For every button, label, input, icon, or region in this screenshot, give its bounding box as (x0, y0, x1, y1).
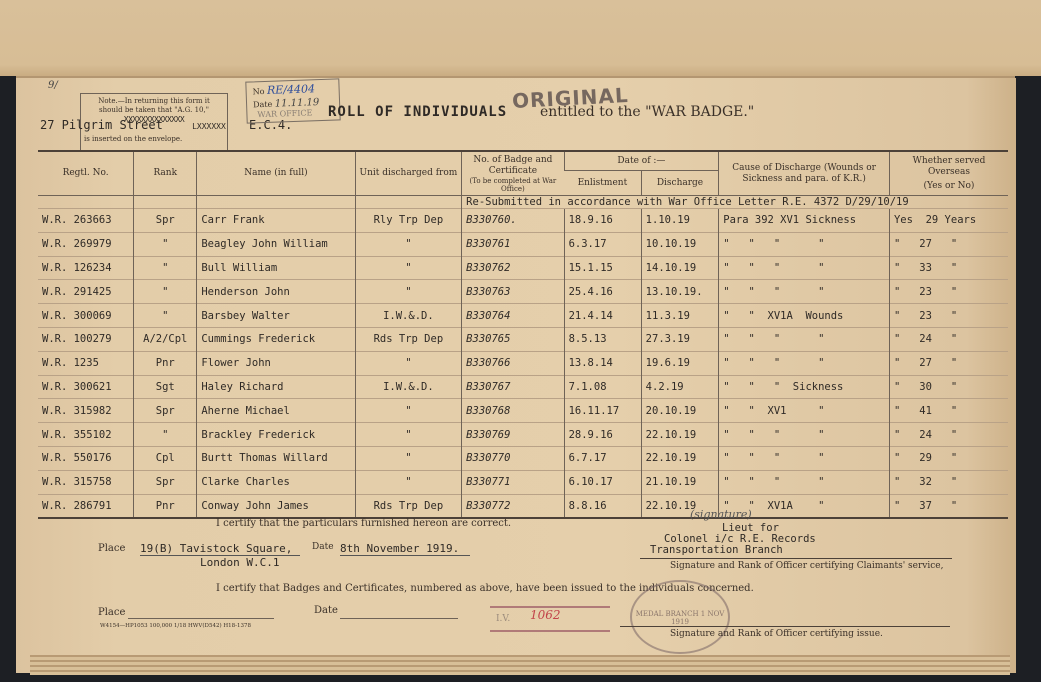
discharge-cell: 13.10.19. (641, 280, 719, 304)
unit-cell: " (355, 280, 462, 304)
unit-cell: " (355, 232, 462, 256)
overseas-cell: " 41 " (889, 399, 1008, 423)
name-cell: Aherne Michael (197, 399, 355, 423)
note-line-2: should be taken that "A.G. 10," (81, 106, 227, 115)
badge-no-cell: B330770 (462, 446, 564, 470)
cause-cell: " " " " (719, 256, 890, 280)
date2-label: Date (314, 605, 338, 616)
badge-no-cell: B330771 (462, 470, 564, 494)
discharge-cell: 11.3.19 (641, 304, 719, 328)
overseas-cell: " 30 " (889, 375, 1008, 399)
unit-cell: Rds Trp Dep (355, 494, 462, 518)
cause-cell: " " " " (719, 280, 890, 304)
col-regtl-no: Regtl. No. (38, 151, 134, 196)
resubmitted-note: Re-Submitted in accordance with War Offi… (462, 196, 1008, 209)
discharge-cell: 19.6.19 (641, 351, 719, 375)
stamp-no-value: RE/4404 (267, 82, 315, 97)
regtl-no-cell: W.R. 300069 (38, 304, 134, 328)
name-cell: Conway John James (197, 494, 355, 518)
cause-cell: " " " " (719, 327, 890, 351)
badge-no-cell: B330761 (462, 232, 564, 256)
name-cell: Brackley Frederick (197, 423, 355, 447)
unit-cell: " (355, 351, 462, 375)
table-row: W.R. 1235PnrFlower John"B33076613.8.1419… (38, 351, 1008, 375)
table-row: W.R. 100279A/2/CplCummings FrederickRds … (38, 327, 1008, 351)
table-row: W.R. 355102"Brackley Frederick"B33076928… (38, 423, 1008, 447)
table-row: W.R. 269979"Beagley John William"B330761… (38, 232, 1008, 256)
rank-cell: " (134, 232, 197, 256)
badge-no-cell: B330768 (462, 399, 564, 423)
regtl-no-cell: W.R. 126234 (38, 256, 134, 280)
officer-caption: Signature and Rank of Officer certifying… (670, 561, 944, 571)
unit-cell: " (355, 470, 462, 494)
rank-cell: Cpl (134, 446, 197, 470)
col-unit: Unit discharged from (355, 151, 462, 196)
regtl-no-cell: W.R. 291425 (38, 280, 134, 304)
col-badge-no: No. of Badge and Certificate (To be comp… (462, 151, 564, 196)
issue-caption: Signature and Rank of Officer certifying… (670, 629, 883, 639)
badge-no-cell: B330763 (462, 280, 564, 304)
address-street: 27 Pilgrim Street (40, 118, 163, 132)
overseas-cell: Yes 29 Years (889, 209, 1008, 233)
postmark-stamp: MEDAL BRANCH 1 NOV 1919 (630, 580, 730, 654)
date-label: Date (312, 542, 334, 552)
rank-cell: " (134, 256, 197, 280)
stamp-no-label: No (253, 87, 265, 96)
enlistment-cell: 8.8.16 (564, 494, 641, 518)
rank-cell: Spr (134, 399, 197, 423)
col-enlistment: Enlistment (564, 171, 641, 196)
book-binding-left (0, 76, 16, 682)
enlistment-cell: 8.5.13 (564, 327, 641, 351)
iv-line-bottom (490, 630, 610, 632)
overseas-cell: " 29 " (889, 446, 1008, 470)
page-mark: 9/ (48, 80, 58, 91)
col-overseas-note: (Yes or No) (892, 181, 1006, 192)
officer-signature: (signature) (690, 508, 752, 521)
iv-label: I.V. (496, 614, 510, 624)
enlistment-cell: 7.1.08 (564, 375, 641, 399)
unit-cell: " (355, 399, 462, 423)
note-line-1: Note.—In returning this form it (81, 97, 227, 106)
enlistment-cell: 6.3.17 (564, 232, 641, 256)
name-cell: Burtt Thomas Willard (197, 446, 355, 470)
discharge-cell: 10.10.19 (641, 232, 719, 256)
table-row: W.R. 291425"Henderson John"B33076325.4.1… (38, 280, 1008, 304)
stamp-date-label: Date (253, 100, 272, 110)
unit-cell: " (355, 446, 462, 470)
place-label: Place (98, 543, 125, 554)
discharge-cell: 22.10.19 (641, 423, 719, 447)
print-code: W4154—HP1053 100,000 1/18 HWV(D542) H18-… (100, 623, 251, 629)
name-cell: Barsbey Walter (197, 304, 355, 328)
name-cell: Flower John (197, 351, 355, 375)
badge-no-cell: B330767 (462, 375, 564, 399)
regtl-no-cell: W.R. 1235 (38, 351, 134, 375)
title-roll: ROLL OF INDIVIDUALS (328, 104, 507, 120)
col-date-of: Date of :— (564, 151, 719, 171)
unit-cell: I.W.&.D. (355, 375, 462, 399)
table-row: W.R. 315758SprClarke Charles"B3307716.10… (38, 470, 1008, 494)
col-overseas-label: Whether served Overseas (892, 156, 1006, 178)
overseas-cell: " 24 " (889, 423, 1008, 447)
unit-cell: Rly Trp Dep (355, 209, 462, 233)
badge-no-cell: B330772 (462, 494, 564, 518)
regtl-no-cell: W.R. 355102 (38, 423, 134, 447)
name-cell: Bull William (197, 256, 355, 280)
unit-cell: " (355, 256, 462, 280)
enlistment-cell: 6.10.17 (564, 470, 641, 494)
enlistment-cell: 15.1.15 (564, 256, 641, 280)
discharge-cell: 21.10.19 (641, 470, 719, 494)
note-line-3: is inserted on the envelope. (81, 135, 227, 144)
name-cell: Carr Frank (197, 209, 355, 233)
table-row: W.R. 126234"Bull William"B33076215.1.151… (38, 256, 1008, 280)
place2-line (128, 618, 274, 619)
regtl-no-cell: W.R. 263663 (38, 209, 134, 233)
place2-label: Place (98, 607, 125, 618)
table-row: W.R. 263663SprCarr FrankRly Trp DepB3307… (38, 209, 1008, 233)
overseas-cell: " 24 " (889, 327, 1008, 351)
badge-no-cell: B330769 (462, 423, 564, 447)
enlistment-cell: 25.4.16 (564, 280, 641, 304)
date2-line (340, 618, 458, 619)
overseas-cell: " 27 " (889, 232, 1008, 256)
officer-signature-line (640, 558, 952, 559)
name-cell: Henderson John (197, 280, 355, 304)
col-badge-no-label: No. of Badge and Certificate (464, 155, 561, 177)
overseas-cell: " 23 " (889, 280, 1008, 304)
overseas-cell: " 23 " (889, 304, 1008, 328)
cause-cell: Para 392 XV1 Sickness (719, 209, 890, 233)
cause-cell: " " XV1 " (719, 399, 890, 423)
officer-line-3: Transportation Branch (650, 544, 783, 556)
regtl-no-cell: W.R. 269979 (38, 232, 134, 256)
table-row: W.R. 550176CplBurtt Thomas Willard"B3307… (38, 446, 1008, 470)
regtl-no-cell: W.R. 286791 (38, 494, 134, 518)
regtl-no-cell: W.R. 100279 (38, 327, 134, 351)
cause-cell: " " XV1A Wounds (719, 304, 890, 328)
address-struck: LXXXXXX (192, 122, 226, 131)
cause-cell: " " " Sickness (719, 375, 890, 399)
regtl-no-cell: W.R. 315982 (38, 399, 134, 423)
regtl-no-cell: W.R. 300621 (38, 375, 134, 399)
iv-value: 1062 (530, 608, 561, 622)
rank-cell: Pnr (134, 351, 197, 375)
postmark-text: MEDAL BRANCH 1 NOV 1919 (632, 610, 728, 626)
name-cell: Cummings Frederick (197, 327, 355, 351)
badge-no-cell: B330762 (462, 256, 564, 280)
rank-cell: Spr (134, 470, 197, 494)
discharge-cell: 27.3.19 (641, 327, 719, 351)
enlistment-cell: 6.7.17 (564, 446, 641, 470)
name-cell: Haley Richard (197, 375, 355, 399)
enlistment-cell: 28.9.16 (564, 423, 641, 447)
rank-cell: Spr (134, 209, 197, 233)
badge-no-cell: B330765 (462, 327, 564, 351)
reference-stamp: No RE/4404 Date 11.11.19 WAR OFFICE (245, 78, 340, 123)
book-binding-right (1015, 76, 1041, 682)
col-name: Name (in full) (197, 151, 355, 196)
name-cell: Clarke Charles (197, 470, 355, 494)
regtl-no-cell: W.R. 315758 (38, 470, 134, 494)
table-row: W.R. 300621SgtHaley RichardI.W.&.D.B3307… (38, 375, 1008, 399)
cause-cell: " " " " (719, 351, 890, 375)
unit-cell: " (355, 423, 462, 447)
place-value-line2: London W.C.1 (200, 556, 279, 569)
col-rank: Rank (134, 151, 197, 196)
overseas-cell: " 27 " (889, 351, 1008, 375)
discharge-cell: 1.10.19 (641, 209, 719, 233)
rank-cell: A/2/Cpl (134, 327, 197, 351)
overseas-cell: " 37 " (889, 494, 1008, 518)
certify-particulars: I certify that the particulars furnished… (216, 518, 511, 529)
unit-cell: Rds Trp Dep (355, 327, 462, 351)
facing-page-top (0, 0, 1041, 78)
enlistment-cell: 18.9.16 (564, 209, 641, 233)
col-cause: Cause of Discharge (Wounds or Sickness a… (719, 151, 890, 196)
overseas-cell: " 32 " (889, 470, 1008, 494)
col-badge-note: (To be completed at War Office) (464, 177, 561, 193)
unit-cell: I.W.&.D. (355, 304, 462, 328)
col-discharge: Discharge (641, 171, 719, 196)
rank-cell: " (134, 280, 197, 304)
enlistment-cell: 16.11.17 (564, 399, 641, 423)
discharge-cell: 20.10.19 (641, 399, 719, 423)
table-row: W.R. 300069"Barsbey WalterI.W.&.D.B33076… (38, 304, 1008, 328)
overseas-cell: " 33 " (889, 256, 1008, 280)
discharge-cell: 22.10.19 (641, 446, 719, 470)
cause-cell: " " " " (719, 232, 890, 256)
roll-table: Regtl. No. Rank Name (in full) Unit disc… (38, 150, 1008, 519)
stamp-office: WAR OFFICE (247, 107, 339, 119)
cause-cell: " " " " (719, 470, 890, 494)
badge-no-cell: B330764 (462, 304, 564, 328)
enlistment-cell: 21.4.14 (564, 304, 641, 328)
stamp-date-value: 11.11.19 (275, 97, 320, 110)
enlistment-cell: 13.8.14 (564, 351, 641, 375)
issue-signature-line (620, 626, 950, 627)
date-value: 8th November 1919. (340, 542, 470, 556)
regtl-no-cell: W.R. 550176 (38, 446, 134, 470)
page-edges (30, 655, 1010, 675)
discharge-cell: 4.2.19 (641, 375, 719, 399)
cause-cell: " " " " (719, 423, 890, 447)
discharge-cell: 14.10.19 (641, 256, 719, 280)
rank-cell: " (134, 304, 197, 328)
col-overseas: Whether served Overseas (Yes or No) (889, 151, 1008, 196)
rank-cell: " (134, 423, 197, 447)
rank-cell: Pnr (134, 494, 197, 518)
table-row: W.R. 286791PnrConway John JamesRds Trp D… (38, 494, 1008, 518)
badge-no-cell: B330766 (462, 351, 564, 375)
rank-cell: Sgt (134, 375, 197, 399)
place-value: 19(B) Tavistock Square, (140, 542, 300, 556)
table-row: W.R. 315982SprAherne Michael"B33076816.1… (38, 399, 1008, 423)
name-cell: Beagley John William (197, 232, 355, 256)
cause-cell: " " " " (719, 446, 890, 470)
badge-no-cell: B330760. (462, 209, 564, 233)
